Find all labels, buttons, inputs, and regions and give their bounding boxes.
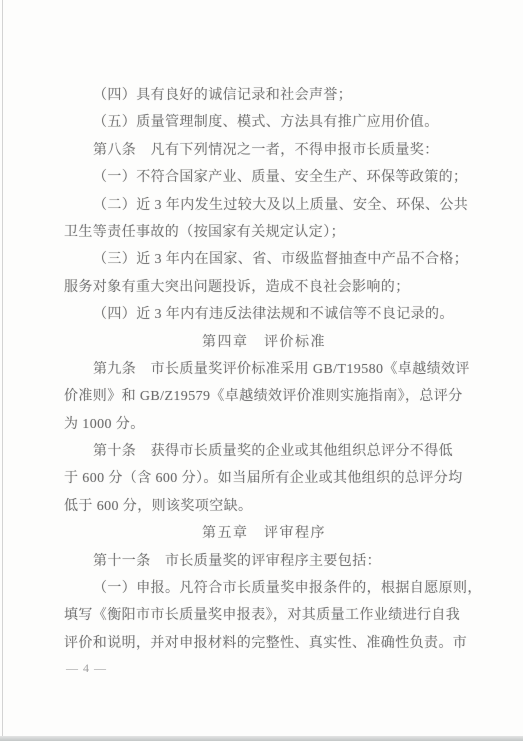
- text-line: （三）近 3 年内在国家、省、市级监督抽查中产品不合格；: [64, 246, 464, 273]
- text-line: （二）近 3 年内发生过较大及以上质量、安全、环保、公共: [64, 192, 464, 219]
- text-line: 低于 600 分，则该奖项空缺。: [64, 493, 464, 520]
- text-line: （一）申报。凡符合市长质量奖申报条件的，根据自愿原则，: [64, 575, 464, 602]
- text-line: 于 600 分（含 600 分）。如当届所有企业或其他组织的总评分均: [64, 465, 464, 492]
- text-line: （四）具有良好的诚信记录和社会声誉；: [64, 82, 464, 109]
- text-line: （一）不符合国家产业、质量、安全生产、环保等政策的；: [64, 164, 464, 191]
- text-line: （四）近 3 年内有违反法律法规和不诚信等不良记录的。: [64, 301, 464, 328]
- text-line: （五）质量管理制度、模式、方法具有推广应用价值。: [64, 109, 464, 136]
- text-line: 第十条 获得市长质量奖的企业或其他组织总评分不得低: [64, 438, 464, 465]
- text-line: 第八条 凡有下列情况之一者，不得申报市长质量奖：: [64, 137, 464, 164]
- text-line: 第十一条 市长质量奖的评审程序主要包括：: [64, 548, 464, 575]
- page-number: — 4 —: [66, 659, 107, 677]
- chapter-heading: 第五章 评审程序: [64, 520, 464, 547]
- text-block: （四）具有良好的诚信记录和社会声誉；（五）质量管理制度、模式、方法具有推广应用价…: [64, 82, 464, 657]
- text-line: 卫生等责任事故的（按国家有关规定认定）；: [64, 219, 464, 246]
- text-line: 评价和说明，并对申报材料的完整性、真实性、准确性负责。市: [64, 630, 464, 657]
- text-line: 第九条 市长质量奖评价标准采用 GB/T19580《卓越绩效评: [64, 356, 464, 383]
- document-page: （四）具有良好的诚信记录和社会声誉；（五）质量管理制度、模式、方法具有推广应用价…: [0, 0, 523, 741]
- text-line: 为 1000 分。: [64, 411, 464, 438]
- page-left-edge: [2, 0, 3, 741]
- page-bottom-shadow: [0, 736, 523, 741]
- text-line: 价准则》和 GB/Z19579《卓越绩效评价准则实施指南》，总评分: [64, 383, 464, 410]
- chapter-heading: 第四章 评价标准: [64, 329, 464, 356]
- text-line: 填写《衡阳市市长质量奖申报表》，对其质量工作业绩进行自我: [64, 602, 464, 629]
- text-line: 服务对象有重大突出问题投诉，造成不良社会影响的；: [64, 274, 464, 301]
